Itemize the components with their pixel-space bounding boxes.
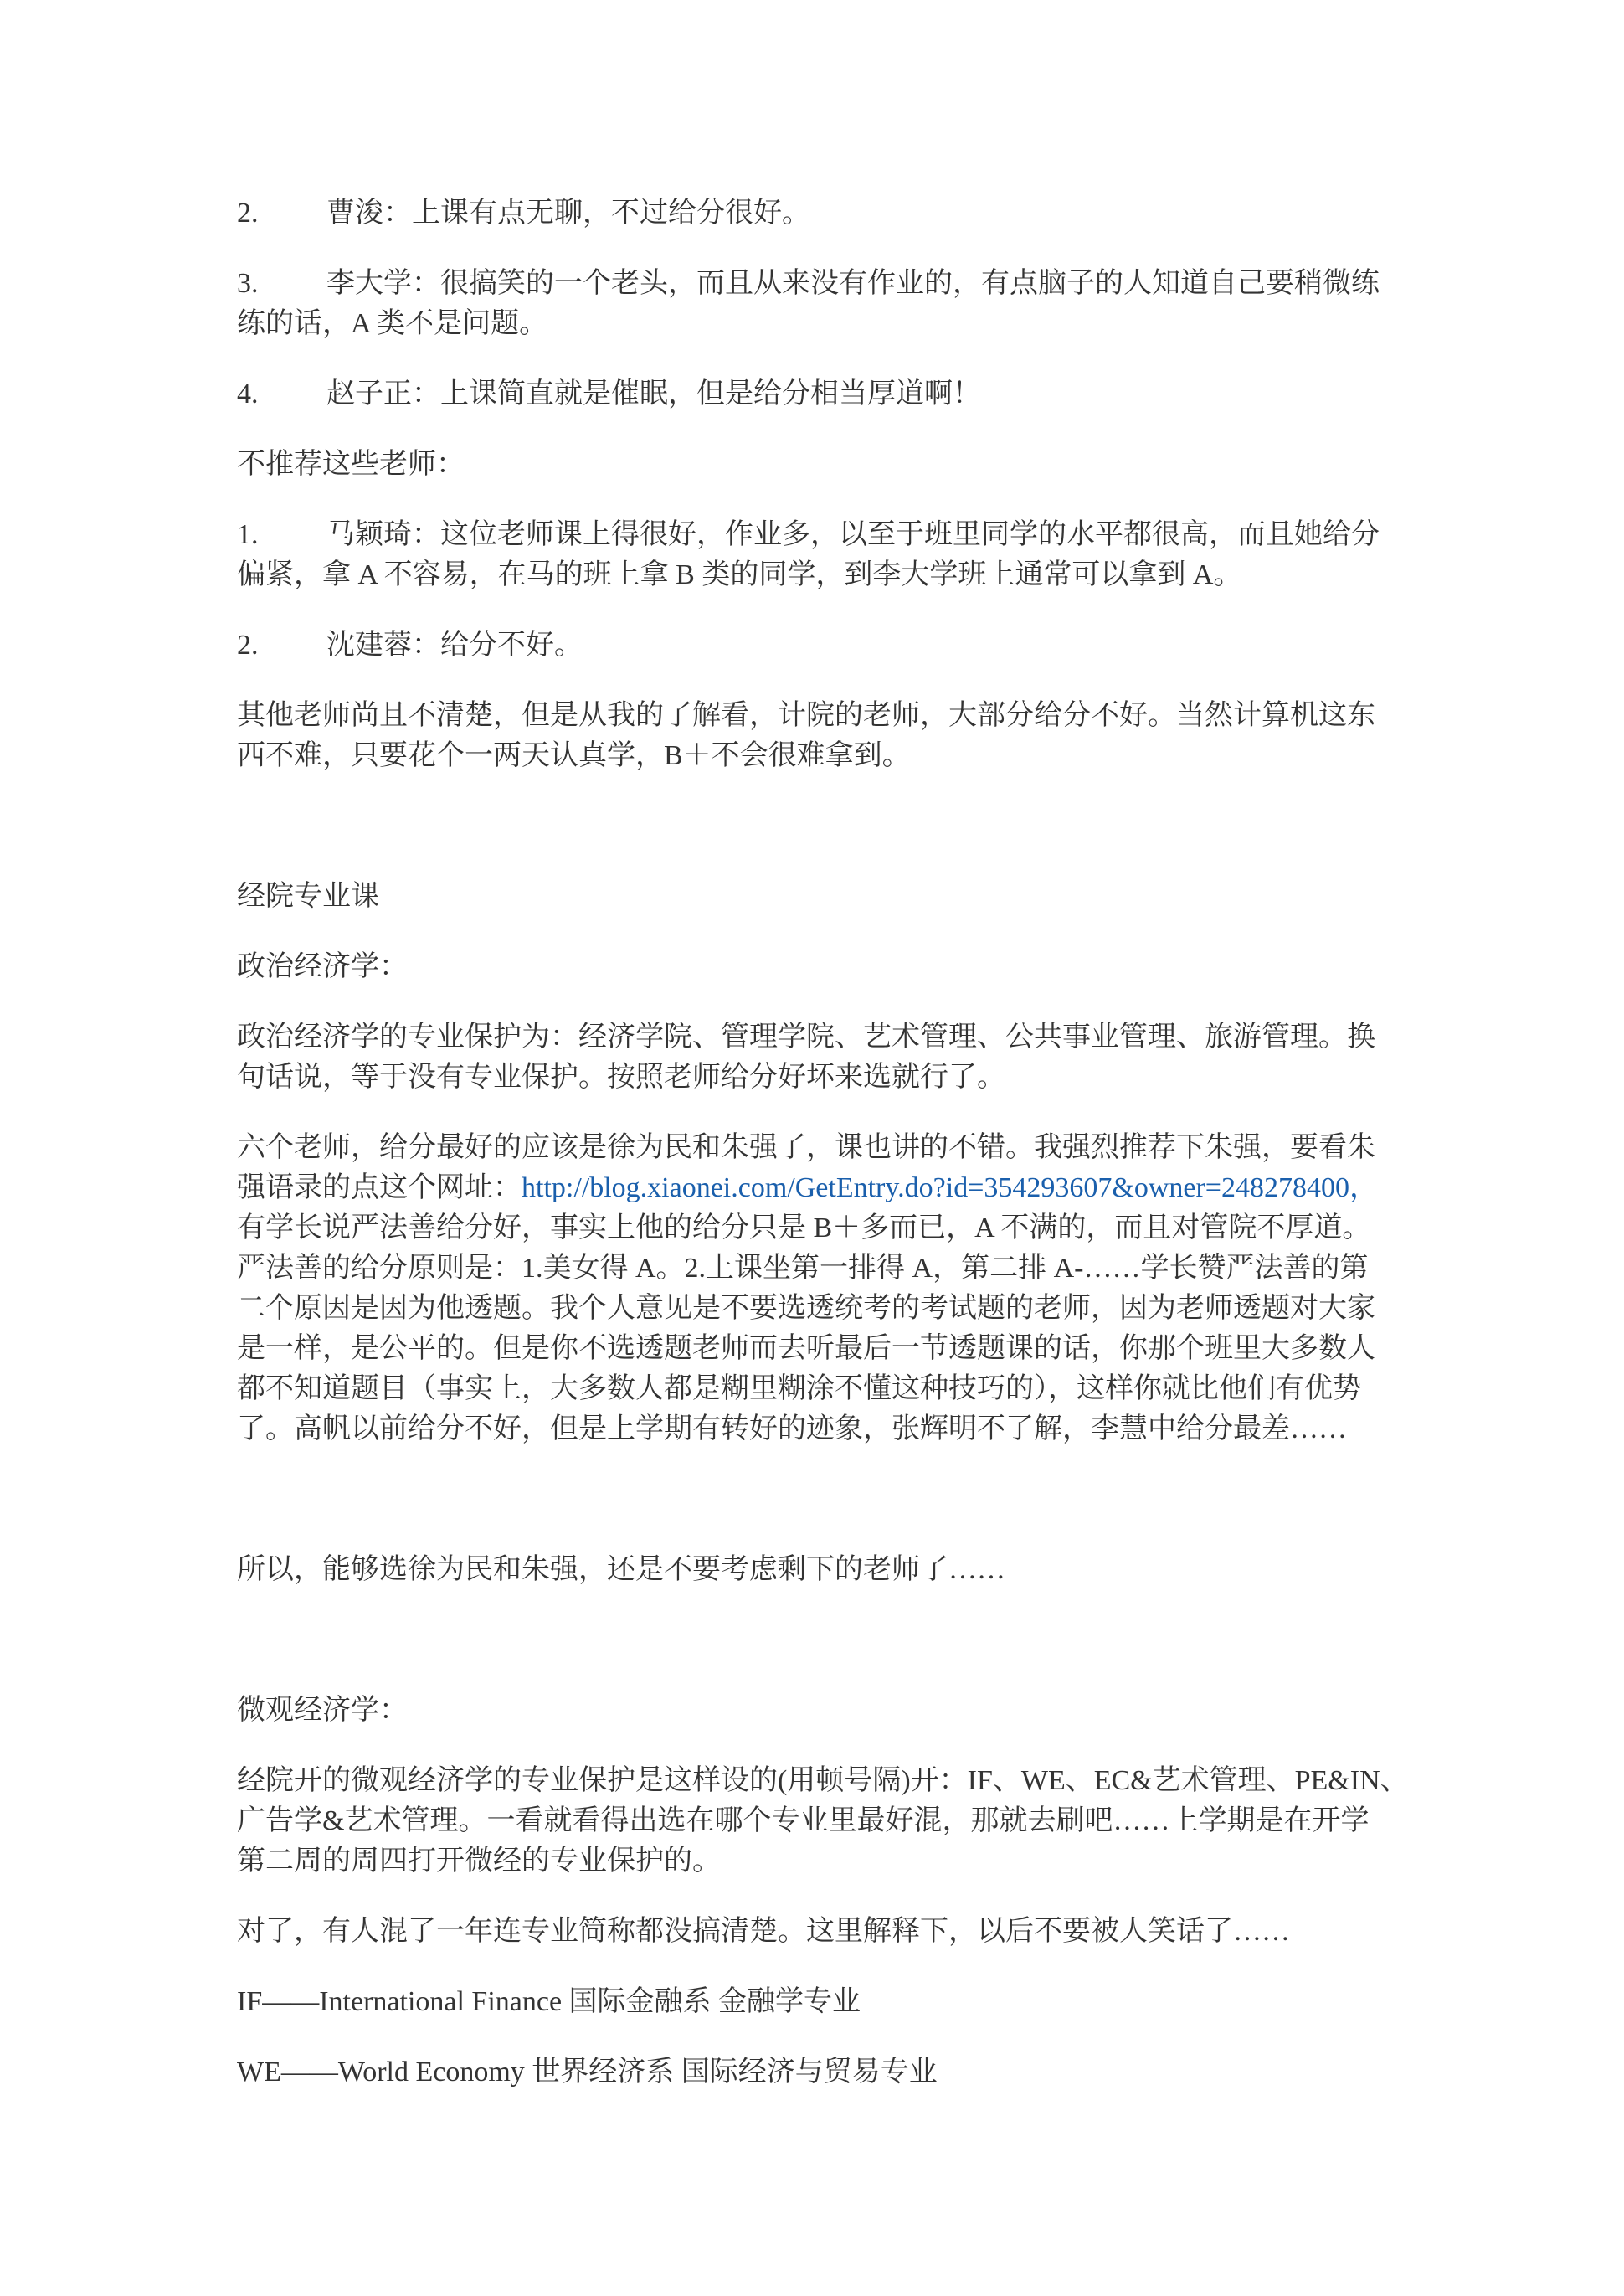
blank-line [237, 806, 1415, 847]
text-segment: 强语录的点这个网址： [237, 1172, 522, 1203]
doc-line: WE——World Economy 世界经济系 国际经济与贸易专业 [237, 2052, 1415, 2093]
doc-line: 所以，能够选徐为民和朱强，还是不要考虑剩下的老师了…… [237, 1550, 1415, 1590]
blank-line [237, 1620, 1415, 1660]
doc-line: 2.曹浚：上课有点无聊，不过给分很好。 [237, 193, 1415, 234]
doc-line: 二个原因是因为他透题。我个人意见是不要选透统考的考试题的老师，因为老师透题对大家 [237, 1289, 1415, 1329]
doc-line: 了。高帆以前给分不好，但是上学期有转好的迹象，张辉明不了解，李慧中给分最差…… [237, 1409, 1415, 1449]
doc-line: 不推荐这些老师： [237, 445, 1415, 485]
list-number: 1. [237, 515, 326, 555]
list-item-text: 赵子正：上课简直就是催眠，但是给分相当厚道啊！ [326, 378, 981, 409]
list-item-text: 沈建蓉：给分不好。 [326, 630, 583, 661]
doc-line: 经院专业课 [237, 877, 1415, 917]
doc-line: 对了，有人混了一年连专业简称都没搞清楚。这里解释下，以后不要被人笑话了…… [237, 1912, 1415, 1952]
doc-line: 政治经济学： [237, 947, 1415, 987]
doc-line: 4.赵子正：上课简直就是催眠，但是给分相当厚道啊！ [237, 374, 1415, 414]
doc-line: 其他老师尚且不清楚，但是从我的了解看，计院的老师，大部分给分不好。当然计算机这东 [237, 696, 1415, 736]
text-segment: ， [1349, 1172, 1378, 1203]
doc-line: 练的话，A 类不是问题。 [237, 304, 1415, 344]
list-number: 2. [237, 625, 326, 666]
doc-line: 1.马颖琦：这位老师课上得很好，作业多，以至于班里同学的水平都很高，而且她给分 [237, 515, 1415, 555]
doc-line: 政治经济学的专业保护为：经济学院、管理学院、艺术管理、公共事业管理、旅游管理。换 [237, 1017, 1415, 1058]
blank-line [237, 1480, 1415, 1520]
doc-line: 句话说，等于没有专业保护。按照老师给分好坏来选就行了。 [237, 1058, 1415, 1098]
list-item-text: 曹浚：上课有点无聊，不过给分很好。 [326, 198, 810, 229]
doc-line: 偏紧，拿 A 不容易，在马的班上拿 B 类的同学，到李大学班上通常可以拿到 A。 [237, 555, 1415, 595]
doc-line: 微观经济学： [237, 1691, 1415, 1731]
list-number: 2. [237, 193, 326, 234]
list-item-text: 马颖琦：这位老师课上得很好，作业多，以至于班里同学的水平都很高，而且她给分 [326, 519, 1380, 550]
xiaonei-blog-link[interactable]: http://blog.xiaonei.com/GetEntry.do?id=3… [522, 1172, 1349, 1203]
document-page: 2.曹浚：上课有点无聊，不过给分很好。3.李大学：很搞笑的一个老头，而且从来没有… [0, 0, 1624, 2296]
doc-line: 西不难，只要花个一两天认真学，B＋不会很难拿到。 [237, 736, 1415, 776]
doc-line: 2.沈建蓉：给分不好。 [237, 625, 1415, 666]
doc-line: IF——International Finance 国际金融系 金融学专业 [237, 1982, 1415, 2022]
doc-line: 第二周的周四打开微经的专业保护的。 [237, 1841, 1415, 1882]
doc-line: 是一样，是公平的。但是你不选透题老师而去听最后一节透题课的话，你那个班里大多数人 [237, 1329, 1415, 1369]
doc-line: 六个老师，给分最好的应该是徐为民和朱强了，课也讲的不错。我强烈推荐下朱强，要看朱 [237, 1128, 1415, 1168]
list-number: 3. [237, 264, 326, 304]
doc-line: 都不知道题目（事实上，大多数人都是糊里糊涂不懂这种技巧的），这样你就比他们有优势 [237, 1369, 1415, 1409]
list-item-text: 李大学：很搞笑的一个老头，而且从来没有作业的，有点脑子的人知道自己要稍微练 [326, 268, 1380, 299]
doc-line: 强语录的点这个网址：http://blog.xiaonei.com/GetEnt… [237, 1168, 1415, 1208]
doc-line: 有学长说严法善给分好，事实上他的给分只是 B＋多而已，A 不满的，而且对管院不厚… [237, 1208, 1415, 1248]
doc-line: 严法善的给分原则是：1.美女得 A。2.上课坐第一排得 A，第二排 A-……学长… [237, 1248, 1415, 1289]
doc-line: 3.李大学：很搞笑的一个老头，而且从来没有作业的，有点脑子的人知道自己要稍微练 [237, 264, 1415, 304]
doc-line: 广告学&艺术管理。一看就看得出选在哪个专业里最好混，那就去刷吧……上学期是在开学 [237, 1801, 1415, 1841]
document-body: 2.曹浚：上课有点无聊，不过给分很好。3.李大学：很搞笑的一个老头，而且从来没有… [0, 0, 1624, 2093]
list-number: 4. [237, 374, 326, 414]
doc-line: 经院开的微观经济学的专业保护是这样设的(用顿号隔)开：IF、WE、EC&艺术管理… [237, 1761, 1415, 1801]
